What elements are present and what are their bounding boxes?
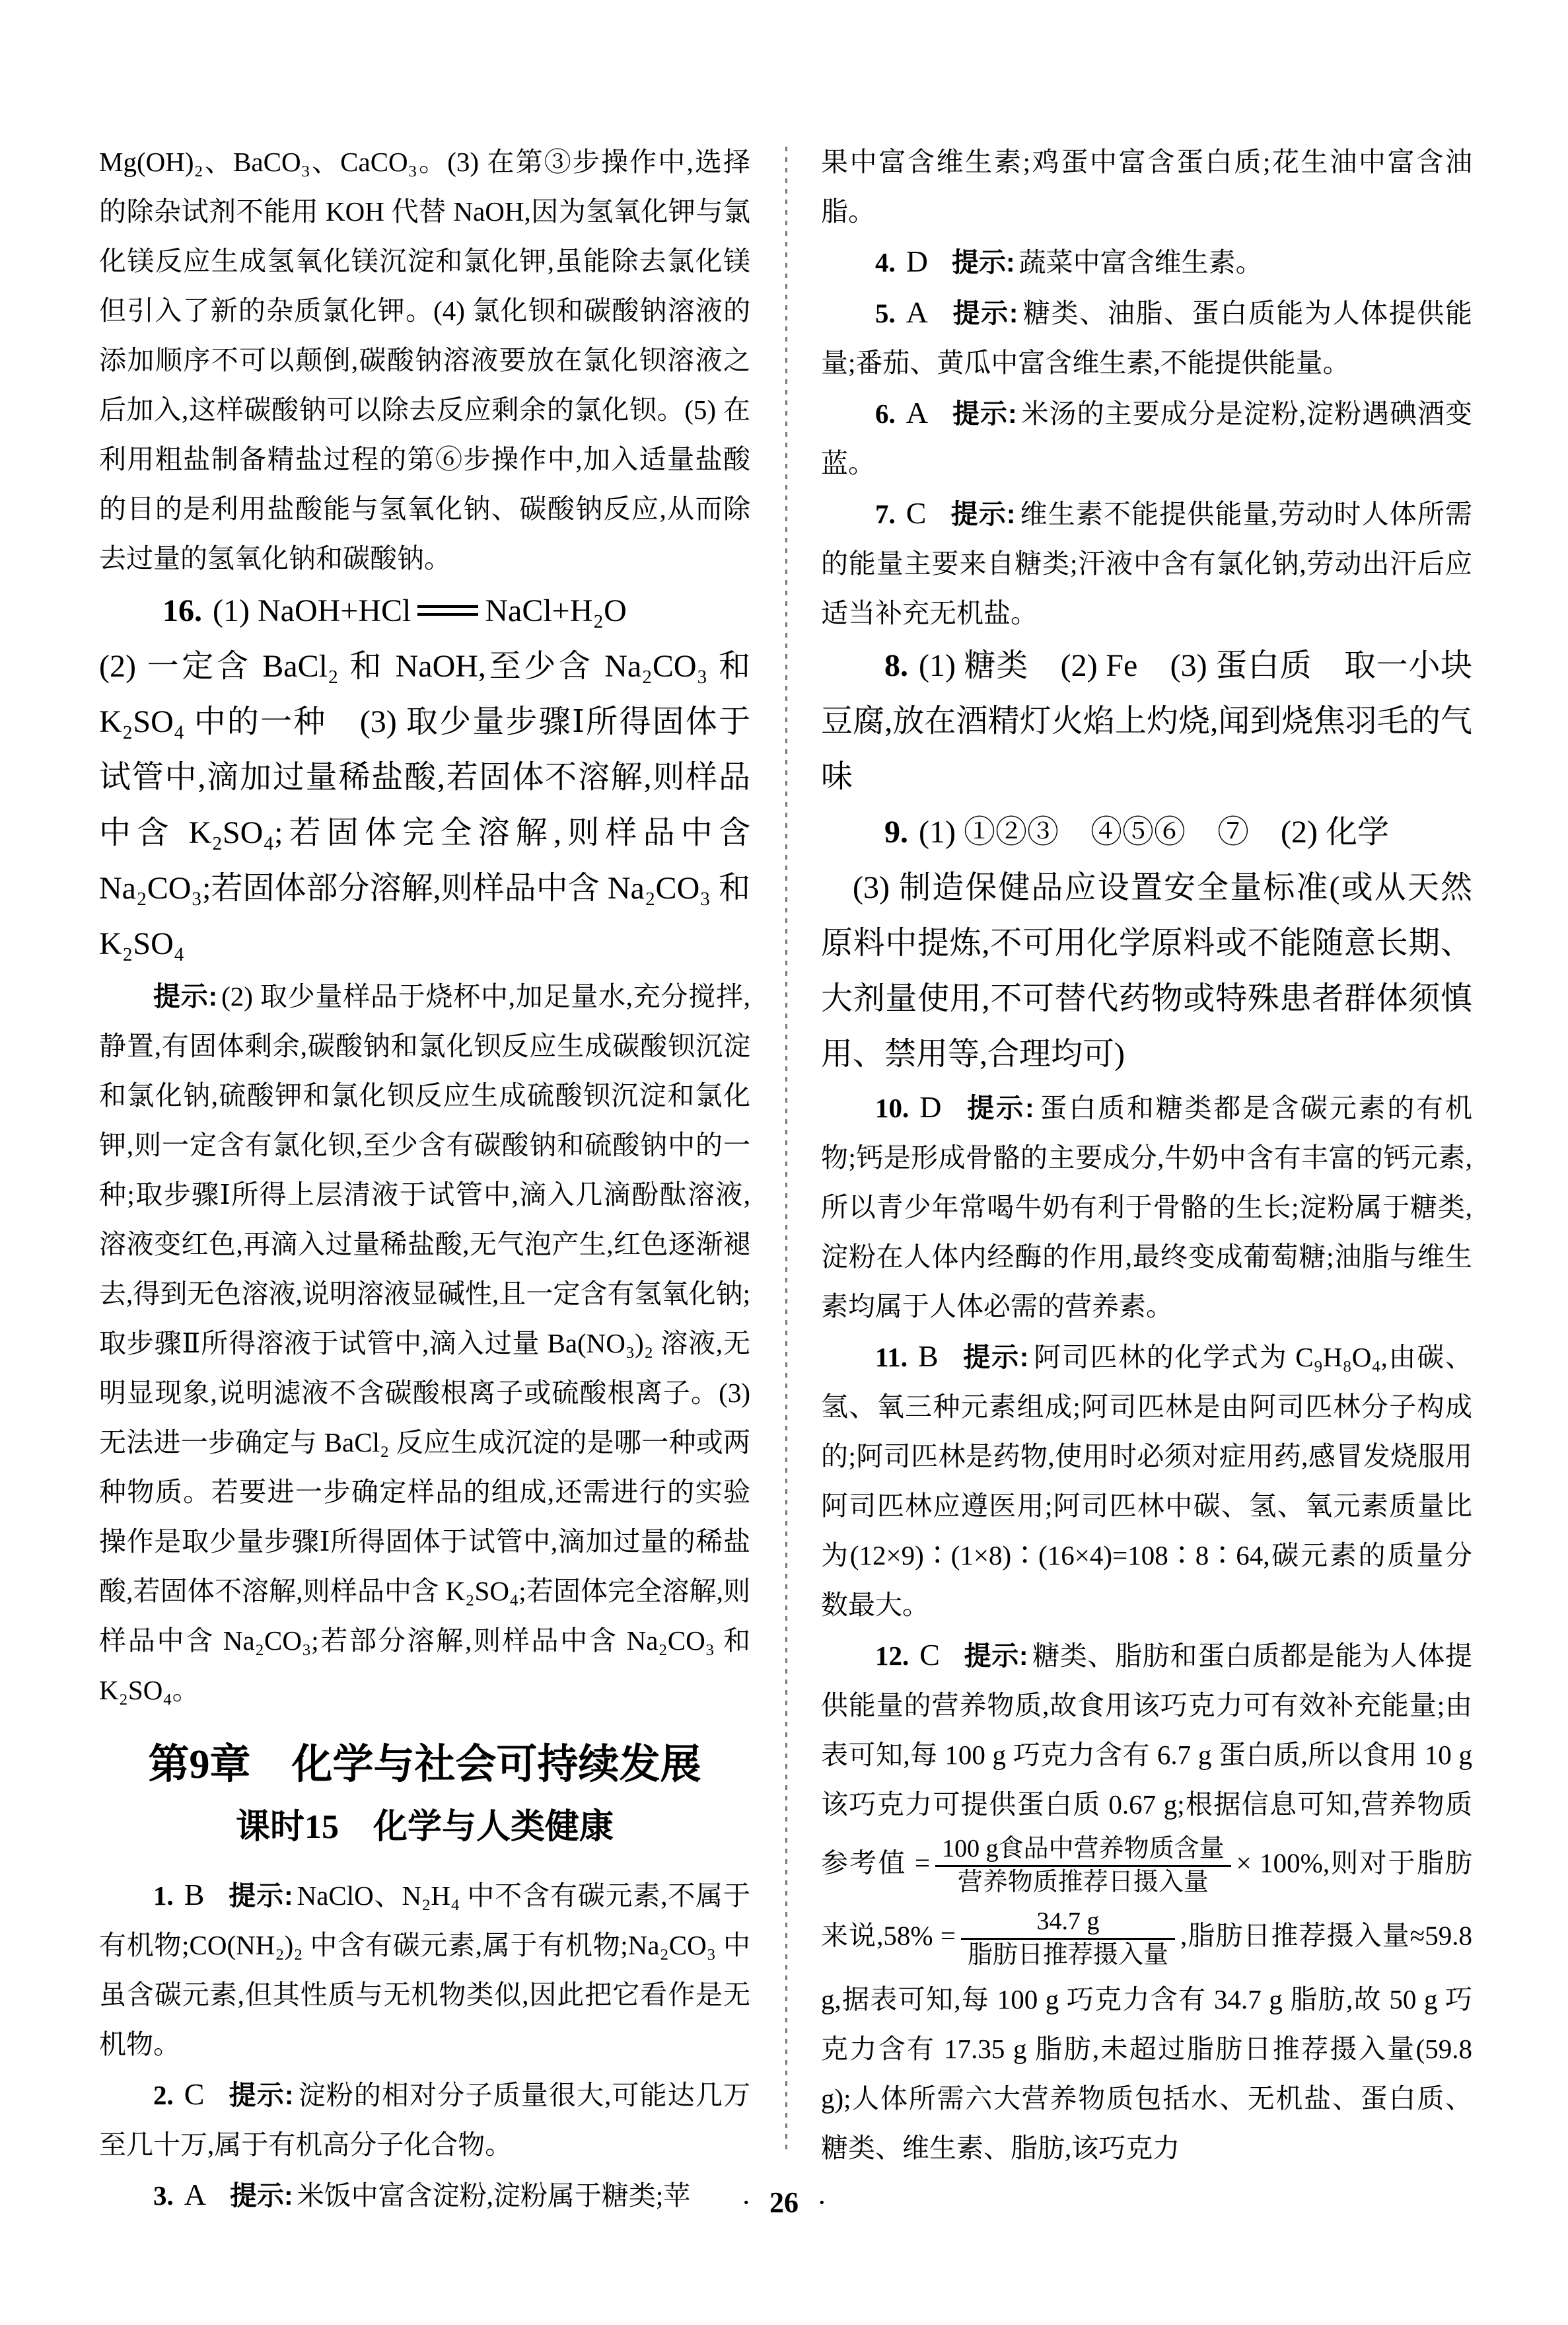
hint-label: 提示: <box>952 398 1017 429</box>
answer-item-11: 11.B提示:阿司匹林的化学式为 C₉H₈O₄,由碳、氢、氧三种元素组成;阿司匹… <box>821 1331 1472 1630</box>
hint-text: 蔬菜中富含维生素。 <box>1019 247 1263 277</box>
column-divider <box>785 147 787 2155</box>
footer-bullet: · <box>741 2186 751 2219</box>
answer-item-2: 2.C提示:淀粉的相对分子质量很大,可能达几万至几十万,属于有机高分子化合物。 <box>99 2069 750 2170</box>
answer-letter: B <box>918 1339 939 1373</box>
answer-text: (1) ①②③ ④⑤⑥ ⑦ (2) 化学 <box>919 815 1389 850</box>
fraction-denominator: 脂肪日推荐摄入量 <box>961 1938 1175 1972</box>
answer-item-6: 6.A提示:米汤的主要成分是淀粉,淀粉遇碘酒变蓝。 <box>821 388 1472 488</box>
hint-text: (2) 取少量样品于烧杯中,加足量水,充分搅拌,静置,有固体剩余,碳酸钠和氯化钡… <box>99 981 750 1705</box>
double-line-equals-icon <box>417 605 478 616</box>
answer-letter: D <box>906 244 928 278</box>
hint-label: 提示: <box>950 499 1015 529</box>
answer-letter: C <box>184 2077 205 2111</box>
item-number: 2. <box>153 2080 174 2110</box>
footer-bullet: · <box>817 2186 827 2219</box>
answer-letter: B <box>184 1878 205 1911</box>
item-number: 7. <box>875 499 896 529</box>
question-16-answer: (2) 一定含 BaCl₂ 和 NaOH,至少含 Na₂CO₃ 和 K₂SO₄ … <box>99 639 750 972</box>
answer-item-9-line1: 9.(1) ①②③ ④⑤⑥ ⑦ (2) 化学 <box>821 805 1472 860</box>
answer-letter: A <box>906 396 928 429</box>
answer-item-5: 5.A提示:糖类、油脂、蛋白质能为人体提供能量;番茄、黄瓜中富含维生素,不能提供… <box>821 287 1472 388</box>
fraction-denominator: 营养物质推荐日摄入量 <box>935 1865 1231 1899</box>
page-number: 26 <box>769 2186 799 2219</box>
hint-label: 提示: <box>965 1093 1034 1123</box>
right-column: 果中富含维生素;鸡蛋中富含蛋白质;花生油中富含油脂。 4.D提示:蔬菜中富含维生… <box>821 137 1472 2173</box>
item-number: 10. <box>875 1093 909 1123</box>
answer-letter: A <box>906 295 928 329</box>
item-number: 11. <box>875 1342 908 1372</box>
hint-label: 提示: <box>228 2080 293 2110</box>
page-footer: ·26· <box>0 2186 1568 2219</box>
answer-3-continuation: 果中富含维生素;鸡蛋中富含蛋白质;花生油中富含油脂。 <box>821 137 1472 237</box>
workbook-answer-page: Mg(OH)₂、BaCO₃、CaCO₃。(3) 在第③步操作中,选择的除杂试剂不… <box>0 0 1568 2325</box>
answer-text: (1) 糖类 (2) Fe (3) 蛋白质 取一小块豆腐,放在酒精灯火焰上灼烧,… <box>821 648 1472 794</box>
nutrient-reference-fraction: 100 g食品中营养物质含量营养物质推荐日摄入量 <box>935 1833 1231 1898</box>
item-number: 12. <box>875 1641 909 1671</box>
answer-item-1: 1.B提示:NaClO、N₂H₄ 中不含有碳元素,不属于有机物;CO(NH₂)₂… <box>99 1870 750 2069</box>
item-number: 9. <box>884 815 908 850</box>
equation-left-side: (1) NaOH+HCl <box>213 593 411 628</box>
question-16-hint: 提示:(2) 取少量样品于烧杯中,加足量水,充分搅拌,静置,有固体剩余,碳酸钠和… <box>99 972 750 1715</box>
item-number: 1. <box>153 1880 174 1911</box>
answer-letter: D <box>919 1090 941 1124</box>
hint-label: 提示: <box>153 981 217 1012</box>
fraction-numerator: 100 g食品中营养物质含量 <box>935 1833 1231 1865</box>
left-column: Mg(OH)₂、BaCO₃、CaCO₃。(3) 在第③步操作中,选择的除杂试剂不… <box>99 137 750 2221</box>
item-number: 5. <box>875 298 896 328</box>
question-16-equation-line: 16.(1) NaOH+HClNaCl+H₂O <box>99 583 750 639</box>
fat-intake-fraction: 34.7 g脂肪日推荐摄入量 <box>961 1906 1175 1971</box>
hint-label: 提示: <box>962 1342 1029 1372</box>
answer-item-7: 7.C提示:维生素不能提供能量,劳动时人体所需的能量主要来自糖类;汗液中含有氯化… <box>821 488 1472 638</box>
answer-letter: C <box>919 1638 940 1672</box>
two-column-layout: Mg(OH)₂、BaCO₃、CaCO₃。(3) 在第③步操作中,选择的除杂试剂不… <box>99 137 1477 2221</box>
hint-text: 蛋白质和糖类都是含碳元素的有机物;钙是形成骨骼的主要成分,牛奶中含有丰富的钙元素… <box>821 1093 1472 1321</box>
question-16-number: 16. <box>162 593 202 628</box>
answer-item-10: 10.D提示:蛋白质和糖类都是含碳元素的有机物;钙是形成骨骼的主要成分,牛奶中含… <box>821 1082 1472 1331</box>
lesson-heading: 课时15 化学与人类健康 <box>99 1801 750 1854</box>
item-number: 4. <box>875 247 896 277</box>
answer-item-9-part3: (3) 制造保健品应设置安全量标准(或从天然原料中提炼,不可用化学原料或不能随意… <box>821 860 1472 1082</box>
fraction-numerator: 34.7 g <box>961 1906 1175 1938</box>
item-number: 6. <box>875 398 896 429</box>
hint-label: 提示: <box>952 247 1015 277</box>
answer-item-12: 12.C提示:糖类、脂肪和蛋白质都是能为人体提供能量的营养物质,故食用该巧克力可… <box>821 1630 1472 2173</box>
hint-label: 提示: <box>964 1641 1028 1671</box>
hint-label: 提示: <box>952 298 1018 328</box>
hint-text: 阿司匹林的化学式为 C₉H₈O₄,由碳、氢、氧三种元素组成;阿司匹林是由阿司匹林… <box>821 1342 1472 1620</box>
answer-item-8: 8.(1) 糖类 (2) Fe (3) 蛋白质 取一小块豆腐,放在酒精灯火焰上灼… <box>821 638 1472 805</box>
chapter-heading: 第9章 化学与社会可持续发展 <box>99 1735 750 1794</box>
equation-right-side: NaCl+H₂O <box>485 593 626 628</box>
item-number: 8. <box>884 648 908 683</box>
answer-letter: C <box>906 496 927 530</box>
answer-15-continuation: Mg(OH)₂、BaCO₃、CaCO₃。(3) 在第③步操作中,选择的除杂试剂不… <box>99 137 750 583</box>
hint-label: 提示: <box>228 1880 293 1911</box>
answer-item-4: 4.D提示:蔬菜中富含维生素。 <box>821 237 1472 287</box>
